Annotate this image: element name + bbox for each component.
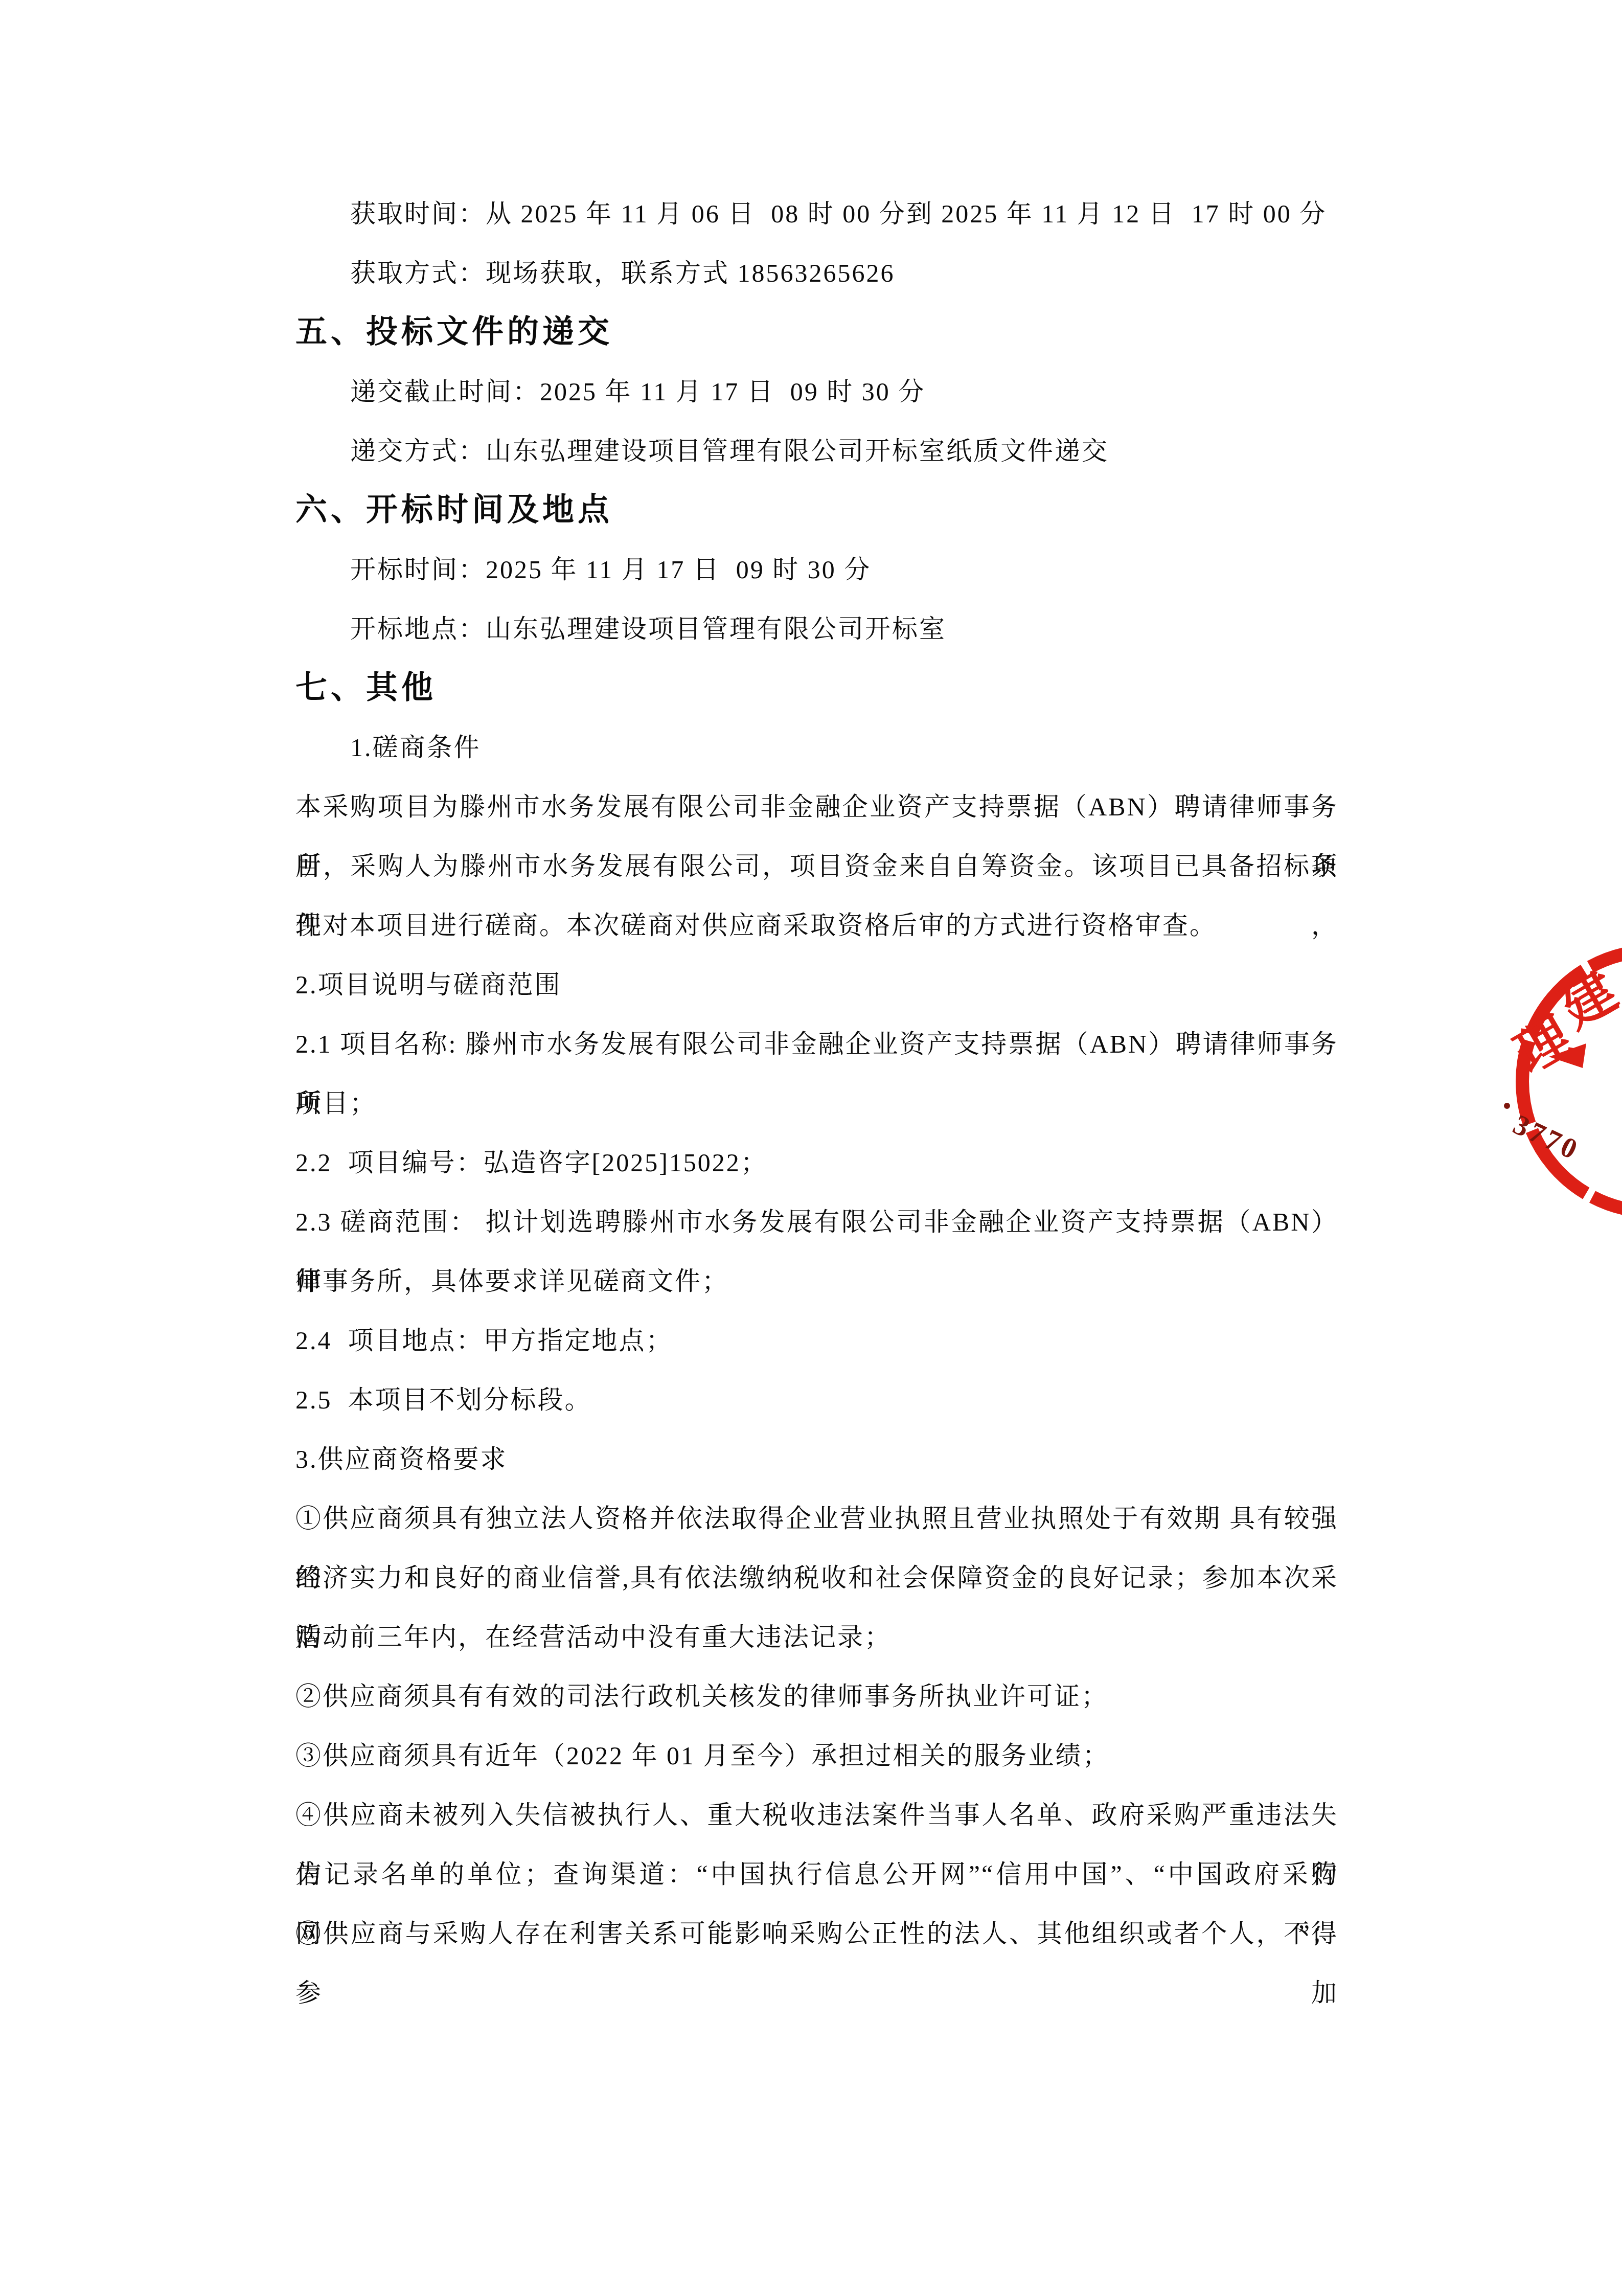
text-line: 五、投标文件的递交 [295,303,1338,362]
official-stamp: 建 理 3770 [1502,943,1622,1219]
text-line: 师事务所，具体要求详见磋商文件； [295,1252,1338,1311]
stamp-code-digits: 3770 [1509,1109,1585,1167]
stamp-character: 建 [1550,961,1622,1039]
text-line: 本采购项目为滕州市水务发展有限公司非金融企业资产支持票据（ABN）聘请律师事务所… [295,777,1338,836]
text-line: 获取方式：现场获取，联系方式 18563265626 [295,243,1338,303]
stamp-dot [1504,1103,1510,1109]
text-line: 1.磋商条件 [295,718,1338,777]
text-line: 开标时间：2025 年 11 月 17 日 09 时 30 分 [295,540,1338,599]
text-line: 2.4 项目地点：甲方指定地点； [295,1311,1338,1370]
text-line: ②供应商须具有有效的司法行政机关核发的律师事务所执业许可证； [295,1667,1338,1726]
stamp-star [1549,1043,1586,1068]
text-line: 获取时间：从 2025 年 11 月 06 日 08 时 00 分到 2025 … [295,184,1338,243]
document-body: 获取时间：从 2025 年 11 月 06 日 08 时 00 分到 2025 … [295,184,1338,1963]
text-line: ⑤供应商与采购人存在利害关系可能影响采购公正性的法人、其他组织或者个人，不得参加 [295,1904,1338,1963]
text-line: 现对本项目进行磋商。本次磋商对供应商采取资格后审的方式进行资格审查。 [295,896,1338,955]
text-line: 经济实力和良好的商业信誉,具有依法缴纳税收和社会保障资金的良好记录；参加本次采购 [295,1548,1338,1607]
text-line: ④供应商未被列入失信被执行人、重大税收违法案件当事人名单、政府采购严重违法失信行 [295,1785,1338,1845]
text-line: 2.项目说明与磋商范围 [295,955,1338,1014]
text-line: 目，采购人为滕州市水务发展有限公司，项目资金来自自筹资金。该项目已具备招标条件， [295,836,1338,896]
text-line: 活动前三年内，在经营活动中没有重大违法记录； [295,1607,1338,1667]
text-line: 七、其他 [295,658,1338,718]
text-line: 递交方式：山东弘理建设项目管理有限公司开标室纸质文件递交 [295,421,1338,481]
page: 获取时间：从 2025 年 11 月 06 日 08 时 00 分到 2025 … [0,0,1622,2296]
text-line: 2.5 本项目不划分标段。 [295,1370,1338,1429]
stamp-character: 理 [1505,1006,1581,1084]
stamp-ring [1522,951,1622,1212]
text-line: 2.1 项目名称: 滕州市水务发展有限公司非金融企业资产支持票据（ABN）聘请律… [295,1014,1338,1074]
text-line: 为记录名单的单位；查询渠道：“中国执行信息公开网”“信用中国”、“中国政府采购网… [295,1845,1338,1904]
stamp-graphic: 建 理 3770 [1502,943,1622,1219]
text-line: 项目； [295,1074,1338,1133]
text-line: 开标地点：山东弘理建设项目管理有限公司开标室 [295,599,1338,658]
text-line: 2.3 磋商范围： 拟计划选聘滕州市水务发展有限公司非金融企业资产支持票据（AB… [295,1192,1338,1252]
text-line: 六、开标时间及地点 [295,481,1338,540]
text-line: ③供应商须具有近年（2022 年 01 月至今）承担过相关的服务业绩； [295,1726,1338,1785]
text-line: 递交截止时间：2025 年 11 月 17 日 09 时 30 分 [295,362,1338,421]
text-line: ①供应商须具有独立法人资格并依法取得企业营业执照且营业执照处于有效期 具有较强的 [295,1489,1338,1548]
text-line: 3.供应商资格要求 [295,1429,1338,1489]
text-line: 2.2 项目编号：弘造咨字[2025]15022； [295,1133,1338,1192]
